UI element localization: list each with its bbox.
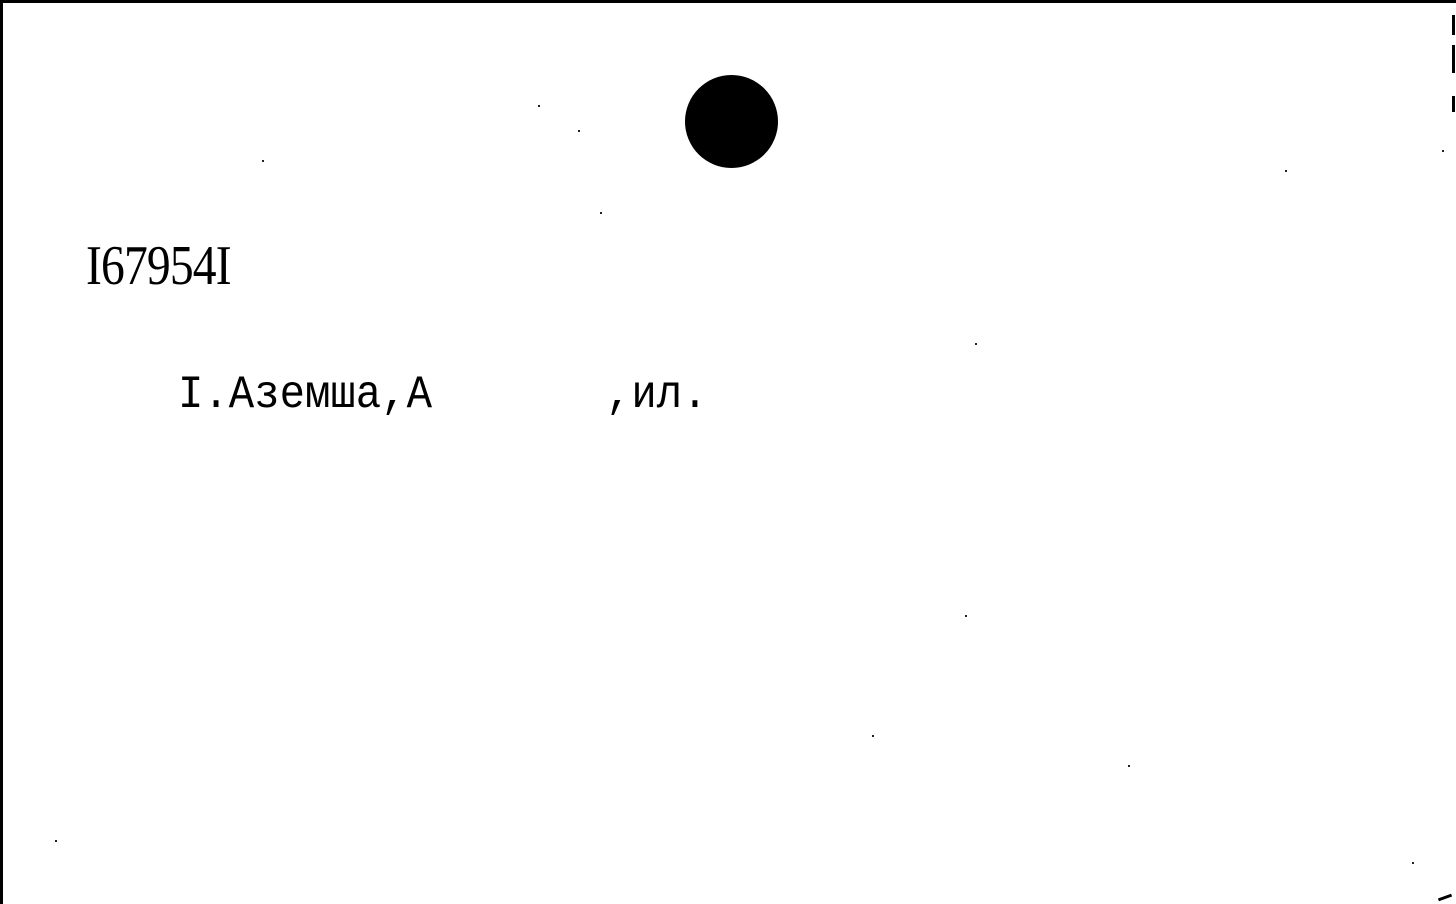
scan-speck — [965, 615, 967, 617]
catalog-card: I67954I I.Аземша,А ,ил. — [0, 0, 1456, 904]
scan-speck — [55, 840, 57, 842]
scan-speck — [1128, 765, 1130, 767]
scan-speck — [1412, 862, 1414, 864]
card-right-edge-mark — [1452, 96, 1455, 112]
scan-speck — [578, 130, 580, 132]
punch-hole — [685, 75, 778, 168]
card-top-edge — [0, 0, 1456, 3]
scan-speck — [538, 105, 540, 107]
author-role: ,ил. — [606, 372, 708, 418]
catalog-number: I67954I — [86, 238, 231, 294]
scan-speck — [262, 160, 264, 162]
card-right-edge-mark — [1452, 45, 1455, 73]
author-entry: I.Аземша,А — [178, 372, 432, 418]
scan-speck — [1442, 150, 1444, 152]
card-right-edge-mark — [1452, 15, 1455, 35]
scan-speck — [975, 343, 977, 345]
card-left-edge — [0, 0, 3, 904]
scan-speck — [600, 212, 602, 214]
scan-speck — [1285, 170, 1287, 172]
corner-scan-mark — [1438, 894, 1452, 902]
scan-speck — [872, 735, 874, 737]
